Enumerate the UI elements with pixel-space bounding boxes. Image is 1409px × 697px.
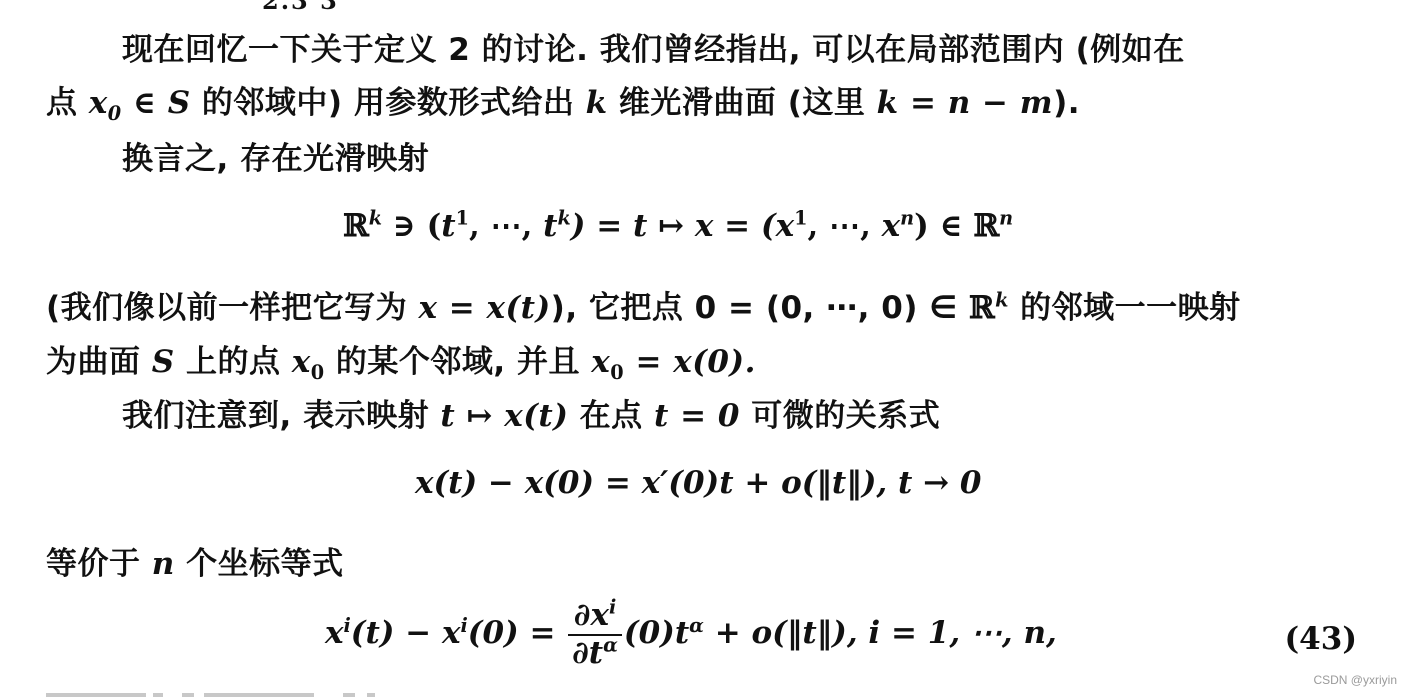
cut-off-next-line bbox=[343, 693, 355, 697]
text: 维光滑曲面 (这里 bbox=[608, 85, 877, 121]
paragraph-5: 等价于 n 个坐标等式 bbox=[46, 538, 344, 583]
text: 的邻域一一映射 bbox=[1009, 290, 1241, 326]
math-x0: x0 bbox=[292, 344, 325, 380]
math-k: k bbox=[586, 85, 608, 121]
text: 等价于 bbox=[46, 546, 152, 582]
cut-off-next-line bbox=[153, 693, 163, 697]
math-map: t ↦ x(t) bbox=[440, 398, 568, 434]
math-n: n bbox=[152, 546, 175, 582]
text: (我们像以前一样把它写为 bbox=[46, 290, 418, 326]
math-k: k bbox=[995, 289, 1009, 312]
math-x0: x0 bbox=[89, 85, 122, 121]
cut-off-next-line bbox=[46, 693, 146, 697]
text: 点 bbox=[46, 85, 89, 121]
text: ). bbox=[1053, 85, 1080, 121]
math-S: S bbox=[152, 344, 175, 380]
paragraph-4: 我们注意到, 表示映射 t ↦ x(t) 在点 t = 0 可微的关系式 bbox=[122, 390, 940, 435]
paragraph-3-line-2: 为曲面 S 上的点 x0 的某个邻域, 并且 x0 = x(0). bbox=[46, 336, 756, 381]
text: 为曲面 bbox=[46, 344, 152, 380]
math-x-of-t: x = x(t) bbox=[418, 290, 550, 326]
text: 在点 bbox=[568, 398, 654, 434]
cut-off-next-line bbox=[182, 693, 194, 697]
text: 上的点 bbox=[175, 344, 292, 380]
math-S: S bbox=[168, 85, 191, 121]
watermark: CSDN @yxriyin bbox=[1313, 673, 1397, 687]
text: 的某个邻域, 并且 bbox=[325, 344, 592, 380]
equation-differentiability: x(t) − x(0) = x′(0)t + o(‖t‖), t → 0 bbox=[415, 465, 981, 501]
cut-off-next-line bbox=[367, 693, 375, 697]
text: 可微的关系式 bbox=[740, 398, 940, 434]
equation-smooth-map: ℝk ∋ (t1, ⋯, tk) = t ↦ x = (x1, ⋯, xn) ∈… bbox=[343, 208, 1013, 244]
equation-number: (43) bbox=[1285, 621, 1357, 657]
text: 的邻域中) 用参数形式给出 bbox=[191, 85, 586, 121]
partial-derivative-fraction: ∂xi∂tα bbox=[568, 598, 622, 671]
text: 个坐标等式 bbox=[175, 546, 344, 582]
math-t-zero: t = 0 bbox=[654, 398, 740, 434]
paragraph-2: 换言之, 存在光滑映射 bbox=[122, 133, 429, 178]
text: ), 它把点 0 = (0, ⋯, 0) ∈ bbox=[551, 290, 969, 326]
math-x0-eq: x0 = x(0). bbox=[591, 344, 756, 380]
text: 我们注意到, 表示映射 bbox=[122, 398, 440, 434]
paragraph-3-line-1: (我们像以前一样把它写为 x = x(t)), 它把点 0 = (0, ⋯, 0… bbox=[46, 282, 1241, 327]
paragraph-1-line-1: 现在回忆一下关于定义 2 的讨论. 我们曾经指出, 可以在局部范围内 (例如在 bbox=[122, 24, 1185, 69]
math-R: ℝ bbox=[969, 290, 995, 326]
equation-coordinate: xi(t) − xi(0) = ∂xi∂tα(0)tα + o(‖t‖), i … bbox=[325, 598, 1057, 671]
cut-off-previous-line: 2.3 3 bbox=[262, 0, 339, 15]
math-in: ∈ bbox=[122, 85, 168, 121]
math-k-eq: k = n − m bbox=[877, 85, 1053, 121]
paragraph-1-line-2: 点 x0 ∈ S 的邻域中) 用参数形式给出 k 维光滑曲面 (这里 k = n… bbox=[46, 77, 1080, 122]
cut-off-next-line bbox=[204, 693, 314, 697]
